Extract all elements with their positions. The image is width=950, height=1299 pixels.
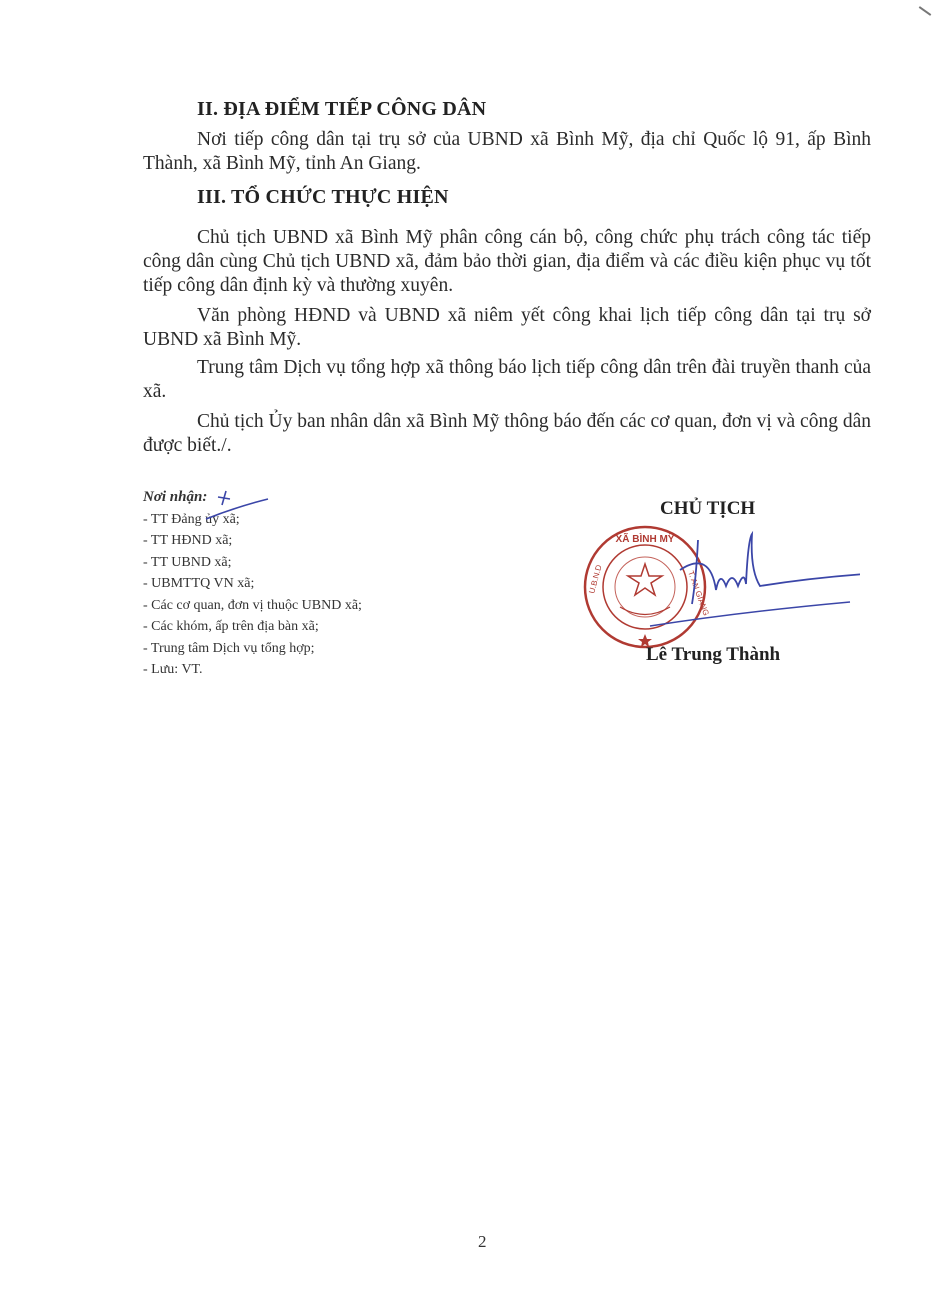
section-3-paragraph-3: Trung tâm Dịch vụ tổng hợp xã thông báo … [143, 356, 871, 404]
section-2-paragraph: Nơi tiếp công dân tại trụ sở của UBND xã… [143, 128, 871, 176]
recipient-item: - TT HĐND xã; [143, 530, 362, 552]
handwritten-signature-icon [620, 530, 860, 640]
section-2-heading: II. ĐỊA ĐIỂM TIẾP CÔNG DÂN [197, 98, 486, 121]
section-3-paragraph-4: Chủ tịch Ủy ban nhân dân xã Bình Mỹ thôn… [143, 410, 871, 458]
svg-text:U.B.N.D: U.B.N.D [587, 564, 603, 595]
signature-title: CHỦ TỊCH [660, 498, 755, 520]
recipient-item: - TT UBND xã; [143, 552, 362, 574]
page-number: 2 [478, 1232, 487, 1252]
initial-mark-icon [196, 487, 276, 527]
recipient-item: - Lưu: VT. [143, 659, 362, 681]
section-3-heading: III. TỔ CHỨC THỰC HIỆN [197, 186, 449, 209]
recipient-item: - Các khóm, ấp trên địa bàn xã; [143, 616, 362, 638]
scan-mark [919, 6, 932, 16]
recipient-item: - Các cơ quan, đơn vị thuộc UBND xã; [143, 595, 362, 617]
recipient-item: - UBMTTQ VN xã; [143, 573, 362, 595]
section-3-paragraph-1: Chủ tịch UBND xã Bình Mỹ phân công cán b… [143, 226, 871, 298]
signature-block: CHỦ TỊCH XÃ BÌNH MỸ U.B.N.D T. AN GIANG … [580, 490, 860, 680]
recipient-item: - Trung tâm Dịch vụ tổng hợp; [143, 638, 362, 660]
section-3-paragraph-2: Văn phòng HĐND và UBND xã niêm yết công … [143, 304, 871, 352]
signer-name: Lê Trung Thành [646, 644, 780, 666]
